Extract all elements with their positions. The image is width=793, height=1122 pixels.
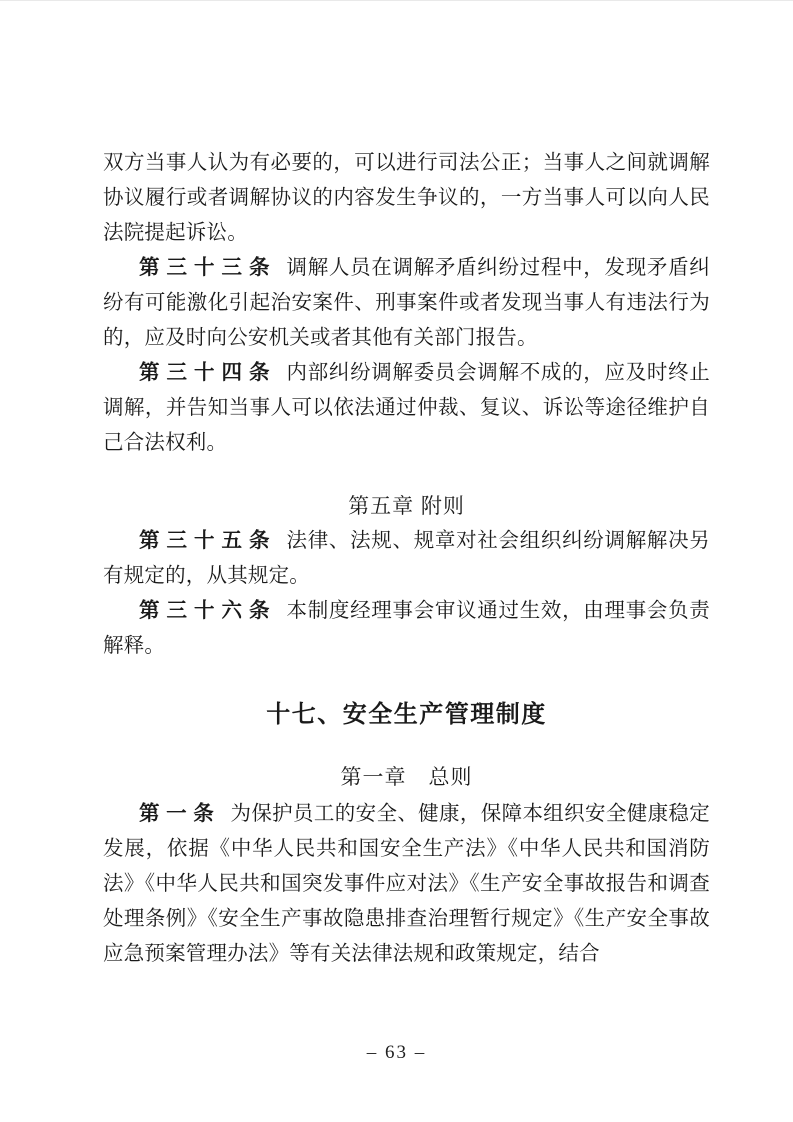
article-34: 第三十四条内部纠纷调解委员会调解不成的，应及时终止调解，并告知当事人可以依法通过… <box>103 356 710 461</box>
article-1-text: 为保护员工的安全、健康，保障本组织安全健康稳定发展，依据《中华人民共和国安全生产… <box>103 803 710 965</box>
article-1: 第一条为保护员工的安全、健康，保障本组织安全健康稳定发展，依据《中华人民共和国安… <box>103 797 710 972</box>
document-page: 双方当事人认为有必要的，可以进行司法公正；当事人之间就调解协议履行或者调解协议的… <box>0 0 793 1122</box>
article-1-number: 第一条 <box>139 803 220 825</box>
article-33-number: 第三十三条 <box>139 257 277 279</box>
chapter-1-heading: 第一章 总则 <box>103 760 710 795</box>
article-35: 第三十五条法律、法规、规章对社会组织纠纷调解解决另有规定的，从其规定。 <box>103 524 710 594</box>
article-33: 第三十三条调解人员在调解矛盾纠纷过程中，发现矛盾纠纷有可能激化引起治安案件、刑事… <box>103 251 710 356</box>
document-body: 双方当事人认为有必要的，可以进行司法公正；当事人之间就调解协议履行或者调解协议的… <box>103 1 710 972</box>
chapter-5-heading: 第五章 附则 <box>103 489 710 524</box>
article-36: 第三十六条本制度经理事会审议通过生效，由理事会负责解释。 <box>103 594 710 664</box>
page-number: – 63 – <box>0 1041 793 1065</box>
paragraph-continuation: 双方当事人认为有必要的，可以进行司法公正；当事人之间就调解协议履行或者调解协议的… <box>103 146 710 251</box>
article-35-number: 第三十五条 <box>139 530 277 552</box>
article-34-number: 第三十四条 <box>139 362 277 384</box>
article-36-number: 第三十六条 <box>139 600 277 622</box>
section-17-heading: 十七、安全生产管理制度 <box>103 696 710 734</box>
